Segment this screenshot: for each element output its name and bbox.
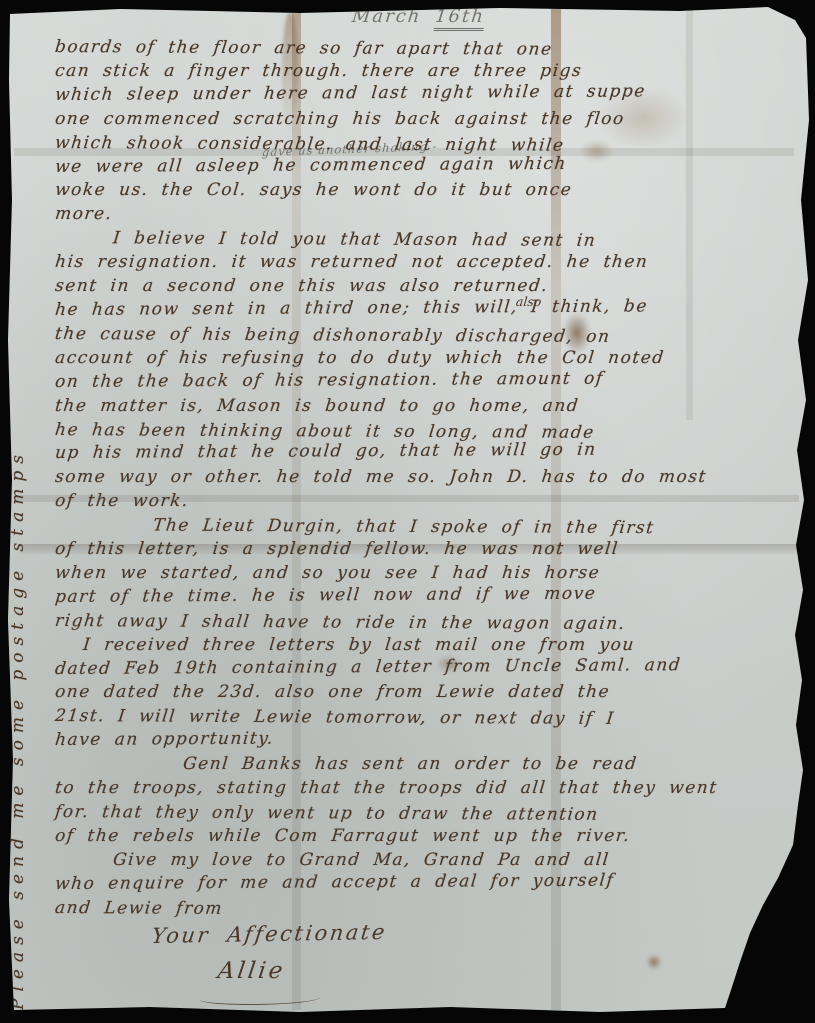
ink-stain xyxy=(646,954,662,970)
letter-line: to the troops, stating that the troops d… xyxy=(54,777,772,801)
signature-flourish xyxy=(200,992,320,1005)
letter-paper: March 16th Please send me some postage s… xyxy=(0,0,815,1023)
letter-line: more. xyxy=(54,203,772,227)
letter-line: his resignation. it was returned not acc… xyxy=(54,251,772,275)
letter-line: part of the time. he is well now and if … xyxy=(54,581,772,609)
date-month: March xyxy=(351,6,423,27)
letter-line: we were all asleep he commenced again wh… xyxy=(54,151,772,179)
letter-line: of this letter, is a splendid fellow. he… xyxy=(54,538,772,562)
signature: Allie xyxy=(216,958,287,984)
letter-line: on the the back of his resignation. the … xyxy=(54,366,772,394)
letter-line: of the work. xyxy=(54,490,772,514)
letter-line: dated Feb 19th containing a letter from … xyxy=(54,653,772,681)
letter-line: one commenced scratching his back agains… xyxy=(54,108,772,132)
date-heading: March 16th xyxy=(351,6,486,27)
letter-line: some way or other. he told me so. John D… xyxy=(54,466,772,490)
letter-line: up his mind that he could go, that he wi… xyxy=(54,438,772,466)
letter-line: of the rebels while Com Farragut went up… xyxy=(54,825,772,849)
closing-valediction: Your Affectionate xyxy=(150,920,388,948)
letter-line: which sleep under here and last night wh… xyxy=(54,79,772,107)
scanned-letter-page: March 16th Please send me some postage s… xyxy=(0,0,815,1023)
letter-line: and Lewie from xyxy=(54,897,771,925)
letter-line: have an opportunity. xyxy=(54,725,772,753)
letter-line: one dated the 23d. also one from Lewie d… xyxy=(54,681,772,705)
date-day: 16th xyxy=(434,6,486,31)
letter-line: he has now sent in a third one; this wil… xyxy=(54,295,772,323)
letter-line: Genl Banks has sent an order to be read xyxy=(54,753,772,777)
letter-body: boards of the floor are so far apart tha… xyxy=(55,36,770,921)
letter-line: the matter is, Mason is bound to go home… xyxy=(54,395,772,419)
letter-line: woke us. the Col. says he wont do it but… xyxy=(54,179,772,203)
letter-line: who enquire for me and accept a deal for… xyxy=(54,868,772,896)
margin-note-postage-stamps: Please send me some postage stamps xyxy=(8,130,50,1010)
